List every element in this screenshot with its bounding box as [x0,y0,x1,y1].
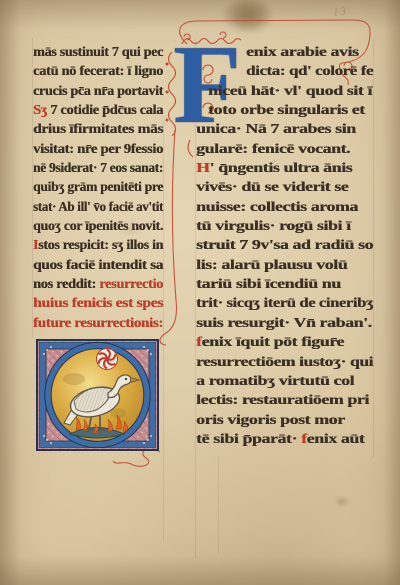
text-line: struit 7 9v'sa ad radiū so [196,235,373,254]
text-line: mās sustinuit 7 qui pec [33,42,163,61]
ruling-line [163,120,164,540]
text-line: quibʒ grām penitēti pre [33,177,163,196]
text-line: toto orbe singularis et [196,100,373,119]
text-line: suis resurgit· Vn̄ raban'. [196,313,373,332]
text-line: Sʒ 7 cotidie p̄dc̄us cala [33,100,163,119]
text-line: resurrectiōem iustoʒ· qui [196,352,373,371]
body-text: enix arabie avis [246,44,358,59]
body-text: tariū sibi īcendiū nu [196,276,341,291]
body-text: enix aūt [307,431,365,446]
text-line: drius īfirmitates mās [33,119,163,138]
body-text: nos reddit: [33,276,99,291]
body-text: toto orbe singularis et [208,102,365,117]
text-line: lectis: restauratiōem pri [196,390,373,409]
parchment-stain [334,496,350,507]
text-line: gularē: fenicē vocant. [196,139,373,158]
phoenix-miniature [36,339,159,451]
body-text: quos faciē intendit sa [33,257,163,272]
text-line: fenix īquit pōt figur̄e [196,332,373,351]
text-line: quoʒ cor īpenitēs novit. [33,216,163,235]
text-line: niceū hāt· vl' quod sit ī [196,81,373,100]
body-text: lis: alarū plausu volū [196,257,347,272]
body-text: drius īfirmitates mās [33,121,163,136]
body-text: stos respicit: sʒ illos in [38,237,163,252]
body-text: gularē: fenicē vocant. [196,141,350,156]
body-text: nuisse: collectis aroma [196,199,358,214]
body-text: lectis: restauratiōem pri [196,392,369,407]
text-line: stat· Ab ill' v̄o faciē av'tit [33,197,163,216]
text-line: crucis pc̄a nr̄a portavit [33,81,163,100]
text-line: tū virgulis· rogū sibi ī [196,216,373,235]
text-line: dicta: qd' colorē fe [196,61,373,80]
body-text: unica· Nā 7 arabes sin [196,121,356,136]
text-line: catū nō fecerat: ī ligno [33,61,163,80]
text-line: lis: alarū plausu volū [196,255,373,274]
text-line: tē sibi p̄parāt· fenix aūt [196,429,373,448]
body-text: crucis pc̄a nr̄a portavit [33,83,163,98]
body-text: resurrectiōem iustoʒ· qui [196,354,373,369]
body-text: quoʒ cor īpenitēs novit. [33,218,163,233]
folio-mark: 13 [333,5,349,18]
body-text: struit 7 9v'sa ad radiū so [196,237,373,252]
text-line: a romatibʒ virtutū col [196,371,373,390]
text-column-right: enix arabie avisdicta: qd' colorē fenice… [196,42,373,448]
body-text: oris vigoris post mor [196,412,345,427]
text-line: trit· sicqʒ iterū de cineribʒ [196,293,373,312]
body-text: suis resurgit· Vn̄ raban'. [196,315,372,330]
text-line: oris vigoris post mor [196,410,373,429]
text-line: quos faciē intendit sa [33,255,163,274]
body-text: tū virgulis· rogū sibi ī [196,218,351,233]
body-text: stat· Ab ill' v̄o faciē av'tit [33,199,163,214]
rubric-text: huius fenicis est spes [33,295,163,310]
text-line: enix arabie avis [196,42,373,61]
text-line: nos reddit: resurrectio [33,274,163,293]
body-text: nē 9siderat· 7 eos sanat: [33,160,163,175]
body-text: vivēs· dū se viderit se [196,179,348,194]
body-text: enix īquit pōt figur̄e [202,334,344,349]
body-text: 7 cotidie p̄dc̄us cala [47,102,163,117]
body-text: mās sustinuit 7 qui pec [33,44,163,59]
ruling-line [373,38,374,458]
rubric-text: future resurrectionis: [33,315,163,330]
text-line: vivēs· dū se viderit se [196,177,373,196]
body-text: quibʒ grām penitēti pre [33,179,163,194]
body-text: ' q̄ngentis ultra ānis [209,160,352,175]
body-text: tē sibi p̄parāt· [196,431,301,446]
text-line: huius fenicis est spes [33,293,163,312]
text-line: nē 9siderat· 7 eos sanat: [33,158,163,177]
rubric-text: resurrectio [99,276,163,291]
body-text: a romatibʒ virtutū col [196,373,354,388]
body-text: dicta: qd' colorē fe [246,63,373,78]
text-column-left: mās sustinuit 7 qui peccatū nō fecerat: … [33,42,163,332]
text-line: nuisse: collectis aroma [196,197,373,216]
manuscript-page: 13 F mās sustinuit 7 qui peccatū nō fece… [0,0,400,585]
body-text: niceū hāt· vl' quod sit ī [208,83,372,98]
text-line: Istos respicit: sʒ illos in [33,235,163,254]
text-line: visitat: nr̄e per 9fessio [33,139,163,158]
sun-disc [97,349,118,370]
body-text: trit· sicqʒ iterū de cineribʒ [196,295,373,310]
rubric-text: Sʒ [33,102,47,117]
body-text: visitat: nr̄e per 9fessio [33,141,163,156]
ruling-line [218,455,219,555]
text-line: H' q̄ngentis ultra ānis [196,158,373,177]
rubric-text: H [196,160,209,175]
text-line: tariū sibi īcendiū nu [196,274,373,293]
text-line: unica· Nā 7 arabes sin [196,119,373,138]
body-text: catū nō fecerat: ī ligno [33,63,163,78]
text-line: future resurrectionis: [33,313,163,332]
